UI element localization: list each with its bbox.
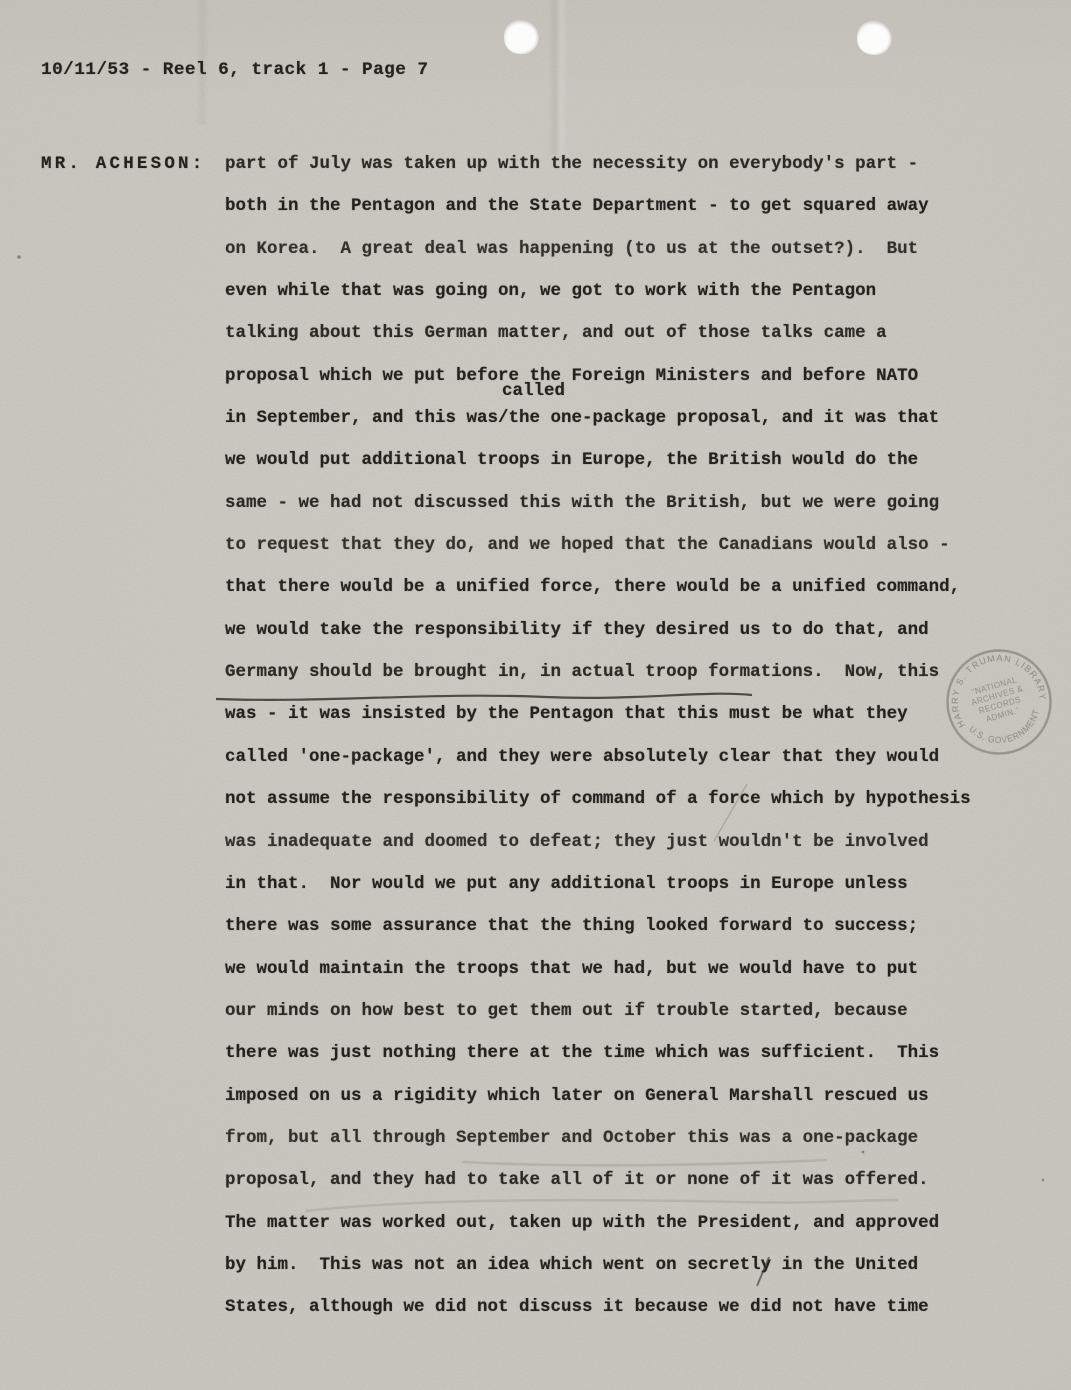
- transcript-line: same - we had not discussed this with th…: [225, 482, 971, 524]
- transcript-body: part of July was taken up with the neces…: [225, 143, 971, 1329]
- transcript-line: we would take the responsibility if they…: [225, 609, 971, 651]
- transcript-line: to request that they do, and we hoped th…: [225, 524, 971, 566]
- transcript-line: on Korea. A great deal was happening (to…: [225, 228, 971, 270]
- transcript-line: even while that was going on, we got to …: [225, 270, 971, 312]
- transcript-line: talking about this German matter, and ou…: [225, 312, 971, 354]
- punch-hole: [855, 19, 894, 58]
- transcript-line: we would maintain the troops that we had…: [225, 948, 971, 990]
- ink-speck: [1042, 1179, 1045, 1182]
- stamp-center-line: ARCHIVES &: [970, 684, 1024, 707]
- transcript-line: there was just nothing there at the time…: [225, 1032, 971, 1074]
- stamp-center-line: RECORDS: [978, 695, 1022, 716]
- transcript-line: that there would be a unified force, the…: [225, 566, 971, 608]
- ink-speck: [17, 255, 20, 258]
- transcript-line: proposal, and they had to take all of it…: [225, 1159, 971, 1201]
- transcript-line: The matter was worked out, taken up with…: [225, 1202, 971, 1244]
- transcript-line: there was some assurance that the thing …: [225, 905, 971, 947]
- stamp-center-line: "NATIONAL: [971, 675, 1018, 697]
- transcript-line: we would put additional troops in Europe…: [225, 439, 971, 481]
- transcript-line: from, but all through September and Octo…: [225, 1117, 971, 1159]
- transcript-line: by him. This was not an idea which went …: [225, 1244, 971, 1286]
- transcript-line: called 'one-package', and they were abso…: [225, 736, 971, 778]
- transcript-line: Germany should be brought in, in actual …: [225, 651, 971, 693]
- punch-hole: [504, 20, 539, 54]
- transcript-line: imposed on us a rigidity which later on …: [225, 1075, 971, 1117]
- transcript-line: in September, and this was/the one-packa…: [225, 397, 971, 439]
- page-header: 10/11/53 - Reel 6, track 1 - Page 7: [41, 60, 428, 80]
- transcript-line: was inadequate and doomed to defeat; the…: [225, 821, 971, 863]
- stamp-arc-bottom-text: U.S. GOVERNMENT: [966, 705, 1048, 754]
- transcript-line: both in the Pentagon and the State Depar…: [225, 185, 971, 227]
- transcript-line: proposal which we put before the Foreign…: [225, 355, 971, 397]
- transcript-line: was - it was insisted by the Pentagon th…: [225, 693, 971, 735]
- transcript-line: in that. Nor would we put any additional…: [225, 863, 971, 905]
- transcript-line: part of July was taken up with the neces…: [225, 143, 971, 185]
- speaker-label: MR. ACHESON:: [41, 143, 205, 185]
- transcript-line: our minds on how best to get them out if…: [225, 990, 971, 1032]
- transcript-line: States, although we did not discuss it b…: [225, 1286, 971, 1328]
- paper-crease: [548, 0, 568, 155]
- scanned-transcript-page: 10/11/53 - Reel 6, track 1 - Page 7 MR. …: [0, 0, 1071, 1390]
- transcript-line: not assume the responsibility of command…: [225, 778, 971, 820]
- inserted-word-annotation: called: [502, 381, 565, 401]
- stamp-center-line: ADMIN.": [985, 706, 1020, 724]
